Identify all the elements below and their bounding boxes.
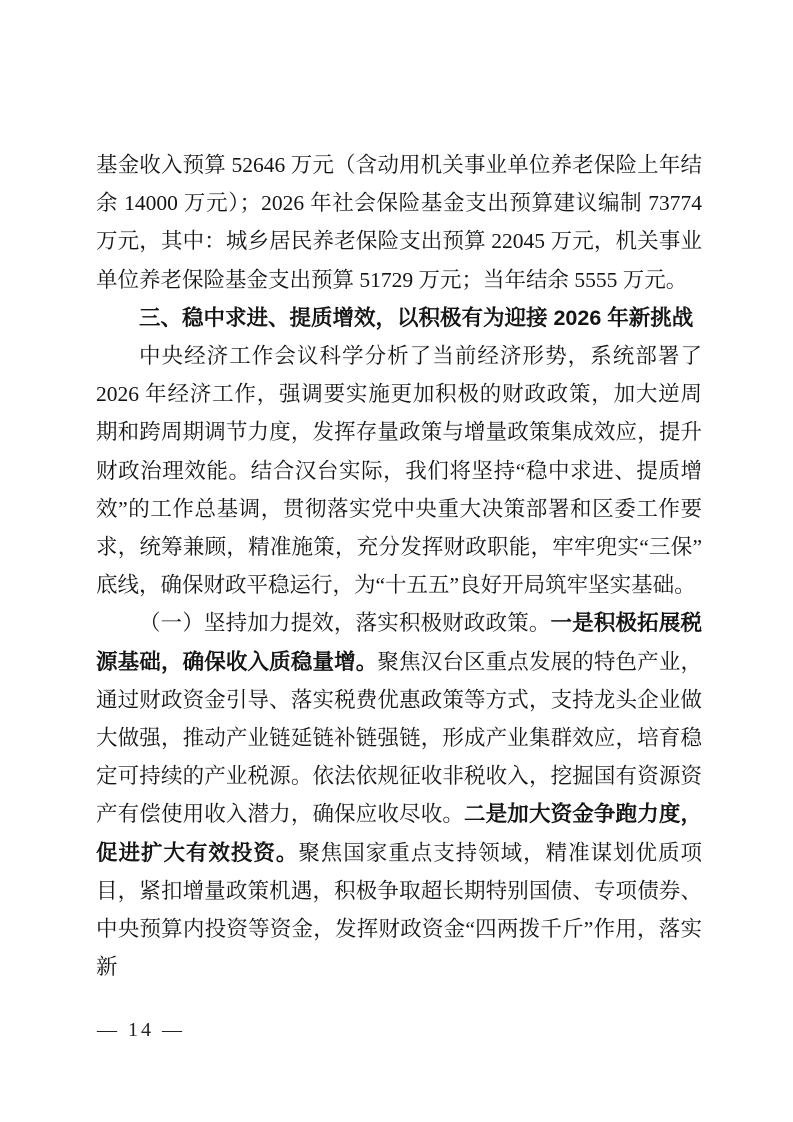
section-heading: 三、稳中求进、提质增效，以积极有为迎接 2026 年新挑战	[96, 299, 702, 337]
run-normal-industry: 聚焦汉台区重点发展的特色产业，通过财政资金引导、落实税费优惠政策等方式，支持龙头…	[96, 650, 702, 827]
document-page: 基金收入预算 52646 万元（含动用机关事业单位养老保险上年结余 14000 …	[0, 0, 793, 1122]
paragraph-central-economic-work: 中央经济工作会议科学分析了当前经济形势，系统部署了 2026 年经济工作，强调要…	[96, 337, 702, 604]
page-number: — 14 —	[97, 1019, 185, 1042]
page-content: 基金收入预算 52646 万元（含动用机关事业单位养老保险上年结余 14000 …	[96, 146, 702, 986]
paragraph-social-insurance-budget: 基金收入预算 52646 万元（含动用机关事业单位养老保险上年结余 14000 …	[96, 146, 702, 299]
run-normal-intro: （一）坚持加力提效，落实积极财政政策。	[139, 611, 551, 635]
paragraph-fiscal-policy: （一）坚持加力提效，落实积极财政政策。一是积极拓展税源基础，确保收入质稳量增。聚…	[96, 604, 702, 986]
